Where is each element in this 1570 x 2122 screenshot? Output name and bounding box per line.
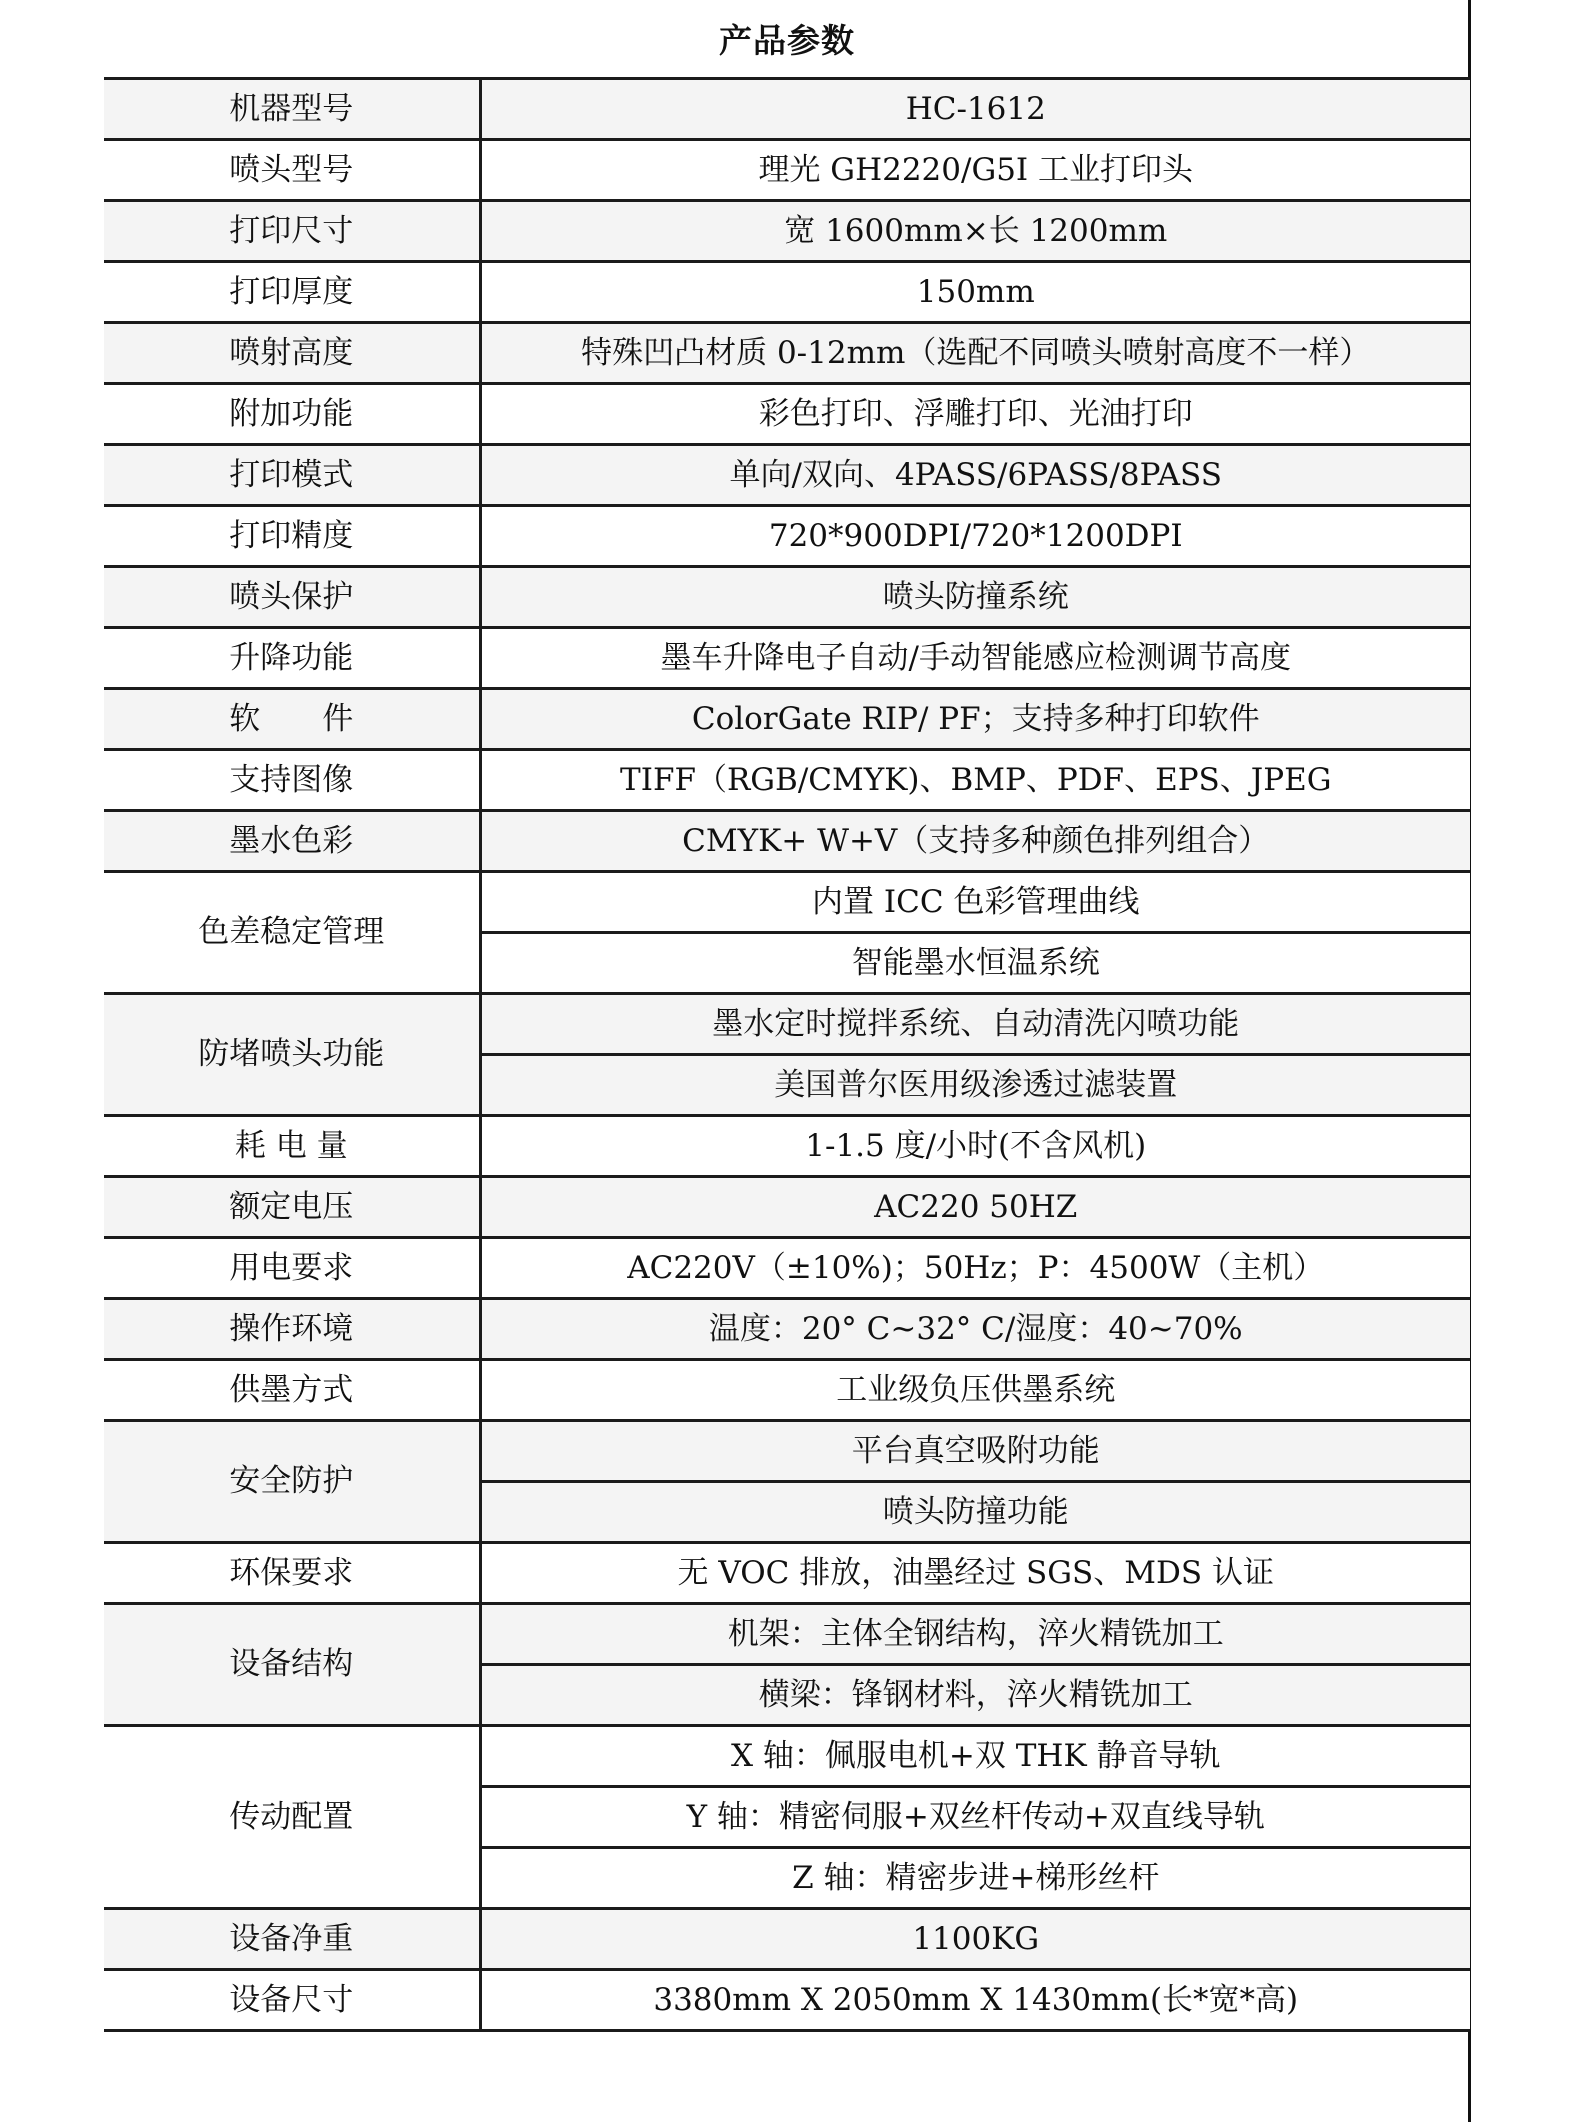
spec-label: 操作环境 bbox=[104, 1299, 480, 1360]
spec-row: 操作环境温度：20° C~32° C/湿度：40~70% bbox=[104, 1299, 1470, 1360]
spec-row: 打印精度720*900DPI/720*1200DPI bbox=[104, 506, 1470, 567]
spec-label: 安全防护 bbox=[104, 1421, 480, 1543]
spec-label: 设备尺寸 bbox=[104, 1970, 480, 2031]
spec-value: X 轴：佩服电机+双 THK 静音导轨 bbox=[480, 1726, 1470, 1787]
spec-value: 横梁：锋钢材料，淬火精铣加工 bbox=[480, 1665, 1470, 1726]
spec-value: 3380mm X 2050mm X 1430mm(长*宽*高) bbox=[480, 1970, 1470, 2031]
spec-label: 打印精度 bbox=[104, 506, 480, 567]
spec-value: 墨车升降电子自动/手动智能感应检测调节高度 bbox=[480, 628, 1470, 689]
spec-row: 打印厚度150mm bbox=[104, 262, 1470, 323]
spec-value: TIFF（RGB/CMYK)、BMP、PDF、EPS、JPEG bbox=[480, 750, 1470, 811]
spec-row: 喷头保护喷头防撞系统 bbox=[104, 567, 1470, 628]
spec-row: 喷头型号理光 GH2220/G5I 工业打印头 bbox=[104, 140, 1470, 201]
spec-value: ColorGate RIP/ PF；支持多种打印软件 bbox=[480, 689, 1470, 750]
spec-value: 特殊凹凸材质 0-12mm（选配不同喷头喷射高度不一样） bbox=[480, 323, 1470, 384]
spec-value: 1100KG bbox=[480, 1909, 1470, 1970]
spec-row: 设备净重1100KG bbox=[104, 1909, 1470, 1970]
spec-row: 机器型号HC-1612 bbox=[104, 79, 1470, 140]
spec-label: 升降功能 bbox=[104, 628, 480, 689]
spec-value: AC220 50HZ bbox=[480, 1177, 1470, 1238]
spec-value: 美国普尔医用级渗透过滤装置 bbox=[480, 1055, 1470, 1116]
spec-value: 喷头防撞功能 bbox=[480, 1482, 1470, 1543]
spec-row: 附加功能彩色打印、浮雕打印、光油打印 bbox=[104, 384, 1470, 445]
spec-label: 供墨方式 bbox=[104, 1360, 480, 1421]
page-title: 产品参数 bbox=[104, 0, 1470, 76]
spec-label: 用电要求 bbox=[104, 1238, 480, 1299]
spec-row: 支持图像TIFF（RGB/CMYK)、BMP、PDF、EPS、JPEG bbox=[104, 750, 1470, 811]
spec-value: 1-1.5 度/小时(不含风机) bbox=[480, 1116, 1470, 1177]
spec-row: 传动配置X 轴：佩服电机+双 THK 静音导轨 bbox=[104, 1726, 1470, 1787]
spec-row: 墨水色彩CMYK+ W+V（支持多种颜色排列组合） bbox=[104, 811, 1470, 872]
spec-row: 软 件ColorGate RIP/ PF；支持多种打印软件 bbox=[104, 689, 1470, 750]
spec-value: 机架：主体全钢结构，淬火精铣加工 bbox=[480, 1604, 1470, 1665]
spec-row: 打印尺寸宽 1600mm×长 1200mm bbox=[104, 201, 1470, 262]
spec-row: 设备结构机架：主体全钢结构，淬火精铣加工 bbox=[104, 1604, 1470, 1665]
spec-label: 附加功能 bbox=[104, 384, 480, 445]
spec-row: 额定电压AC220 50HZ bbox=[104, 1177, 1470, 1238]
spec-row: 供墨方式工业级负压供墨系统 bbox=[104, 1360, 1470, 1421]
spec-value: 墨水定时搅拌系统、自动清洗闪喷功能 bbox=[480, 994, 1470, 1055]
spec-value: 150mm bbox=[480, 262, 1470, 323]
spec-label: 机器型号 bbox=[104, 79, 480, 140]
spec-row: 喷射高度特殊凹凸材质 0-12mm（选配不同喷头喷射高度不一样） bbox=[104, 323, 1470, 384]
spec-value: Y 轴：精密伺服+双丝杆传动+双直线导轨 bbox=[480, 1787, 1470, 1848]
spec-value: Z 轴：精密步进+梯形丝杆 bbox=[480, 1848, 1470, 1909]
spec-label: 环保要求 bbox=[104, 1543, 480, 1604]
spec-value: 平台真空吸附功能 bbox=[480, 1421, 1470, 1482]
spec-value: 内置 ICC 色彩管理曲线 bbox=[480, 872, 1470, 933]
spec-label: 打印模式 bbox=[104, 445, 480, 506]
spec-label: 喷射高度 bbox=[104, 323, 480, 384]
spec-row: 打印模式单向/双向、4PASS/6PASS/8PASS bbox=[104, 445, 1470, 506]
spec-value: 单向/双向、4PASS/6PASS/8PASS bbox=[480, 445, 1470, 506]
spec-row: 色差稳定管理内置 ICC 色彩管理曲线 bbox=[104, 872, 1470, 933]
spec-value: 理光 GH2220/G5I 工业打印头 bbox=[480, 140, 1470, 201]
spec-label: 喷头保护 bbox=[104, 567, 480, 628]
spec-row: 耗 电 量1-1.5 度/小时(不含风机) bbox=[104, 1116, 1470, 1177]
spec-table-body: 机器型号HC-1612喷头型号理光 GH2220/G5I 工业打印头打印尺寸宽 … bbox=[104, 79, 1470, 2031]
spec-value: HC-1612 bbox=[480, 79, 1470, 140]
spec-label: 设备结构 bbox=[104, 1604, 480, 1726]
spec-label: 打印厚度 bbox=[104, 262, 480, 323]
spec-label: 软 件 bbox=[104, 689, 480, 750]
spec-value: 720*900DPI/720*1200DPI bbox=[480, 506, 1470, 567]
spec-value: 工业级负压供墨系统 bbox=[480, 1360, 1470, 1421]
spec-row: 升降功能墨车升降电子自动/手动智能感应检测调节高度 bbox=[104, 628, 1470, 689]
spec-label: 喷头型号 bbox=[104, 140, 480, 201]
spec-table: 机器型号HC-1612喷头型号理光 GH2220/G5I 工业打印头打印尺寸宽 … bbox=[104, 77, 1470, 2032]
spec-label: 防堵喷头功能 bbox=[104, 994, 480, 1116]
spec-row: 环保要求无 VOC 排放，油墨经过 SGS、MDS 认证 bbox=[104, 1543, 1470, 1604]
spec-label: 支持图像 bbox=[104, 750, 480, 811]
spec-row: 用电要求AC220V（±10%)；50Hz；P：4500W（主机） bbox=[104, 1238, 1470, 1299]
spec-label: 色差稳定管理 bbox=[104, 872, 480, 994]
spec-row: 防堵喷头功能墨水定时搅拌系统、自动清洗闪喷功能 bbox=[104, 994, 1470, 1055]
spec-value: 宽 1600mm×长 1200mm bbox=[480, 201, 1470, 262]
spec-value: 无 VOC 排放，油墨经过 SGS、MDS 认证 bbox=[480, 1543, 1470, 1604]
spec-label: 墨水色彩 bbox=[104, 811, 480, 872]
spec-label: 设备净重 bbox=[104, 1909, 480, 1970]
spec-label: 额定电压 bbox=[104, 1177, 480, 1238]
spec-value: 智能墨水恒温系统 bbox=[480, 933, 1470, 994]
spec-value: 温度：20° C~32° C/湿度：40~70% bbox=[480, 1299, 1470, 1360]
spec-label: 传动配置 bbox=[104, 1726, 480, 1909]
spec-value: AC220V（±10%)；50Hz；P：4500W（主机） bbox=[480, 1238, 1470, 1299]
spec-row: 设备尺寸3380mm X 2050mm X 1430mm(长*宽*高) bbox=[104, 1970, 1470, 2031]
spec-value: 喷头防撞系统 bbox=[480, 567, 1470, 628]
spec-label: 打印尺寸 bbox=[104, 201, 480, 262]
spec-value: CMYK+ W+V（支持多种颜色排列组合） bbox=[480, 811, 1470, 872]
spec-value: 彩色打印、浮雕打印、光油打印 bbox=[480, 384, 1470, 445]
spec-label: 耗 电 量 bbox=[104, 1116, 480, 1177]
spec-row: 安全防护平台真空吸附功能 bbox=[104, 1421, 1470, 1482]
